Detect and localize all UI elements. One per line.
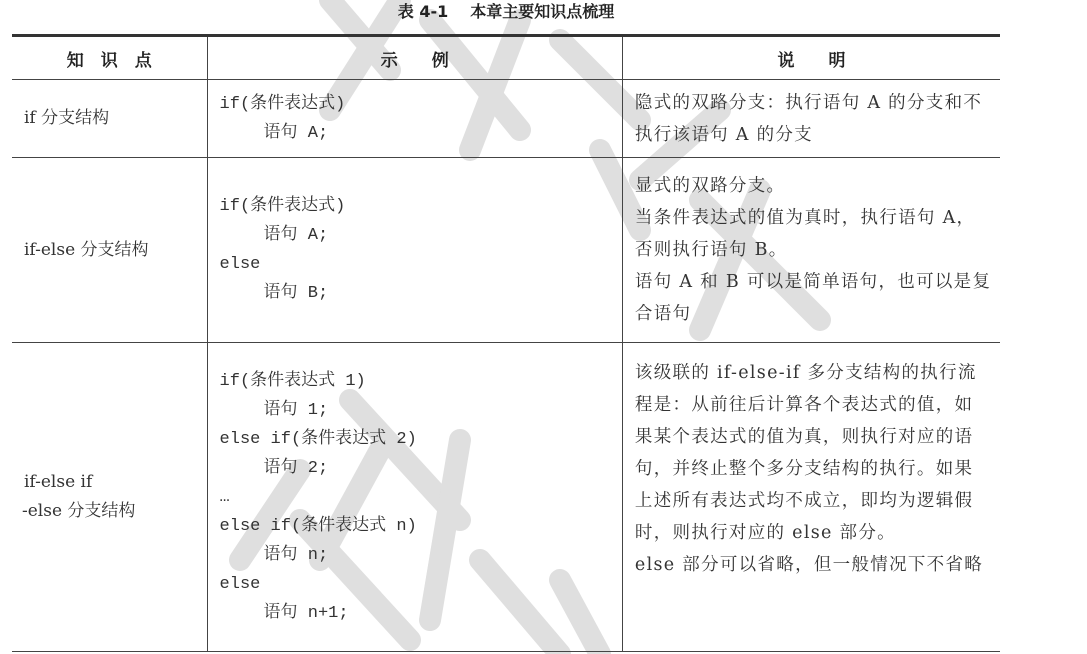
- code-line: 语句 n;: [208, 541, 622, 570]
- code-line: else: [208, 570, 622, 599]
- table-row: if-else if -else 分支结构 if(条件表达式 1) 语句 1; …: [12, 343, 1000, 652]
- topic-text: if-else 分支结构: [12, 236, 207, 265]
- description-text: 该级联的 if-else-if 多分支结构的执行流程是：从前往后计算各个表达式的…: [623, 357, 1000, 549]
- example-cell: if(条件表达式) 语句 A;: [207, 80, 622, 158]
- code-line: else if(条件表达式 2): [208, 425, 622, 454]
- description-text: 语句 A 和 B 可以是简单语句，也可以是复合语句: [623, 266, 1000, 330]
- code-line: if(条件表达式 1): [208, 367, 622, 396]
- description-cell: 该级联的 if-else-if 多分支结构的执行流程是：从前往后计算各个表达式的…: [622, 343, 1000, 652]
- table-number: 表 4-1: [398, 2, 448, 21]
- code-line: 语句 A;: [208, 119, 622, 148]
- topic-cell: if-else if -else 分支结构: [12, 343, 207, 652]
- topic-cell: if 分支结构: [12, 80, 207, 158]
- description-cell: 隐式的双路分支：执行语句 A 的分支和不执行该语句 A 的分支: [622, 80, 1000, 158]
- code-line: else: [208, 250, 622, 279]
- topic-text: if 分支结构: [12, 104, 207, 133]
- header-topic: 知 识 点: [12, 36, 207, 80]
- table-row: if-else 分支结构 if(条件表达式) 语句 A; else 语句 B; …: [12, 158, 1000, 343]
- code-line: 语句 1;: [208, 396, 622, 425]
- topic-cell: if-else 分支结构: [12, 158, 207, 343]
- code-line: if(条件表达式): [208, 192, 622, 221]
- description-cell: 显式的双路分支。 当条件表达式的值为真时，执行语句 A，否则执行语句 B。 语句…: [622, 158, 1000, 343]
- topic-text-line2: -else 分支结构: [12, 497, 207, 526]
- topic-text-line1: if-else if: [12, 468, 207, 497]
- code-line: 语句 B;: [208, 279, 622, 308]
- knowledge-points-table: 知 识 点 示 例 说 明 if 分支结构 if(条件表达式) 语句 A; 隐式…: [12, 34, 1000, 652]
- description-text: 显式的双路分支。: [623, 170, 1000, 202]
- code-line: …: [208, 483, 622, 512]
- header-description: 说 明: [622, 36, 1000, 80]
- code-line: 语句 2;: [208, 454, 622, 483]
- code-line: 语句 n+1;: [208, 599, 622, 628]
- table-header-row: 知 识 点 示 例 说 明: [12, 36, 1000, 80]
- example-cell: if(条件表达式) 语句 A; else 语句 B;: [207, 158, 622, 343]
- table-caption: 表 4-1本章主要知识点梳理: [0, 0, 1012, 24]
- code-line: if(条件表达式): [208, 90, 622, 119]
- description-text: else 部分可以省略，但一般情况下不省略: [623, 549, 1000, 581]
- description-text: 当条件表达式的值为真时，执行语句 A，否则执行语句 B。: [623, 202, 1000, 266]
- code-line: else if(条件表达式 n): [208, 512, 622, 541]
- header-example: 示 例: [207, 36, 622, 80]
- table-title: 本章主要知识点梳理: [470, 2, 614, 21]
- example-cell: if(条件表达式 1) 语句 1; else if(条件表达式 2) 语句 2;…: [207, 343, 622, 652]
- code-line: 语句 A;: [208, 221, 622, 250]
- description-text: 隐式的双路分支：执行语句 A 的分支和不执行该语句 A 的分支: [623, 87, 1000, 151]
- table-row: if 分支结构 if(条件表达式) 语句 A; 隐式的双路分支：执行语句 A 的…: [12, 80, 1000, 158]
